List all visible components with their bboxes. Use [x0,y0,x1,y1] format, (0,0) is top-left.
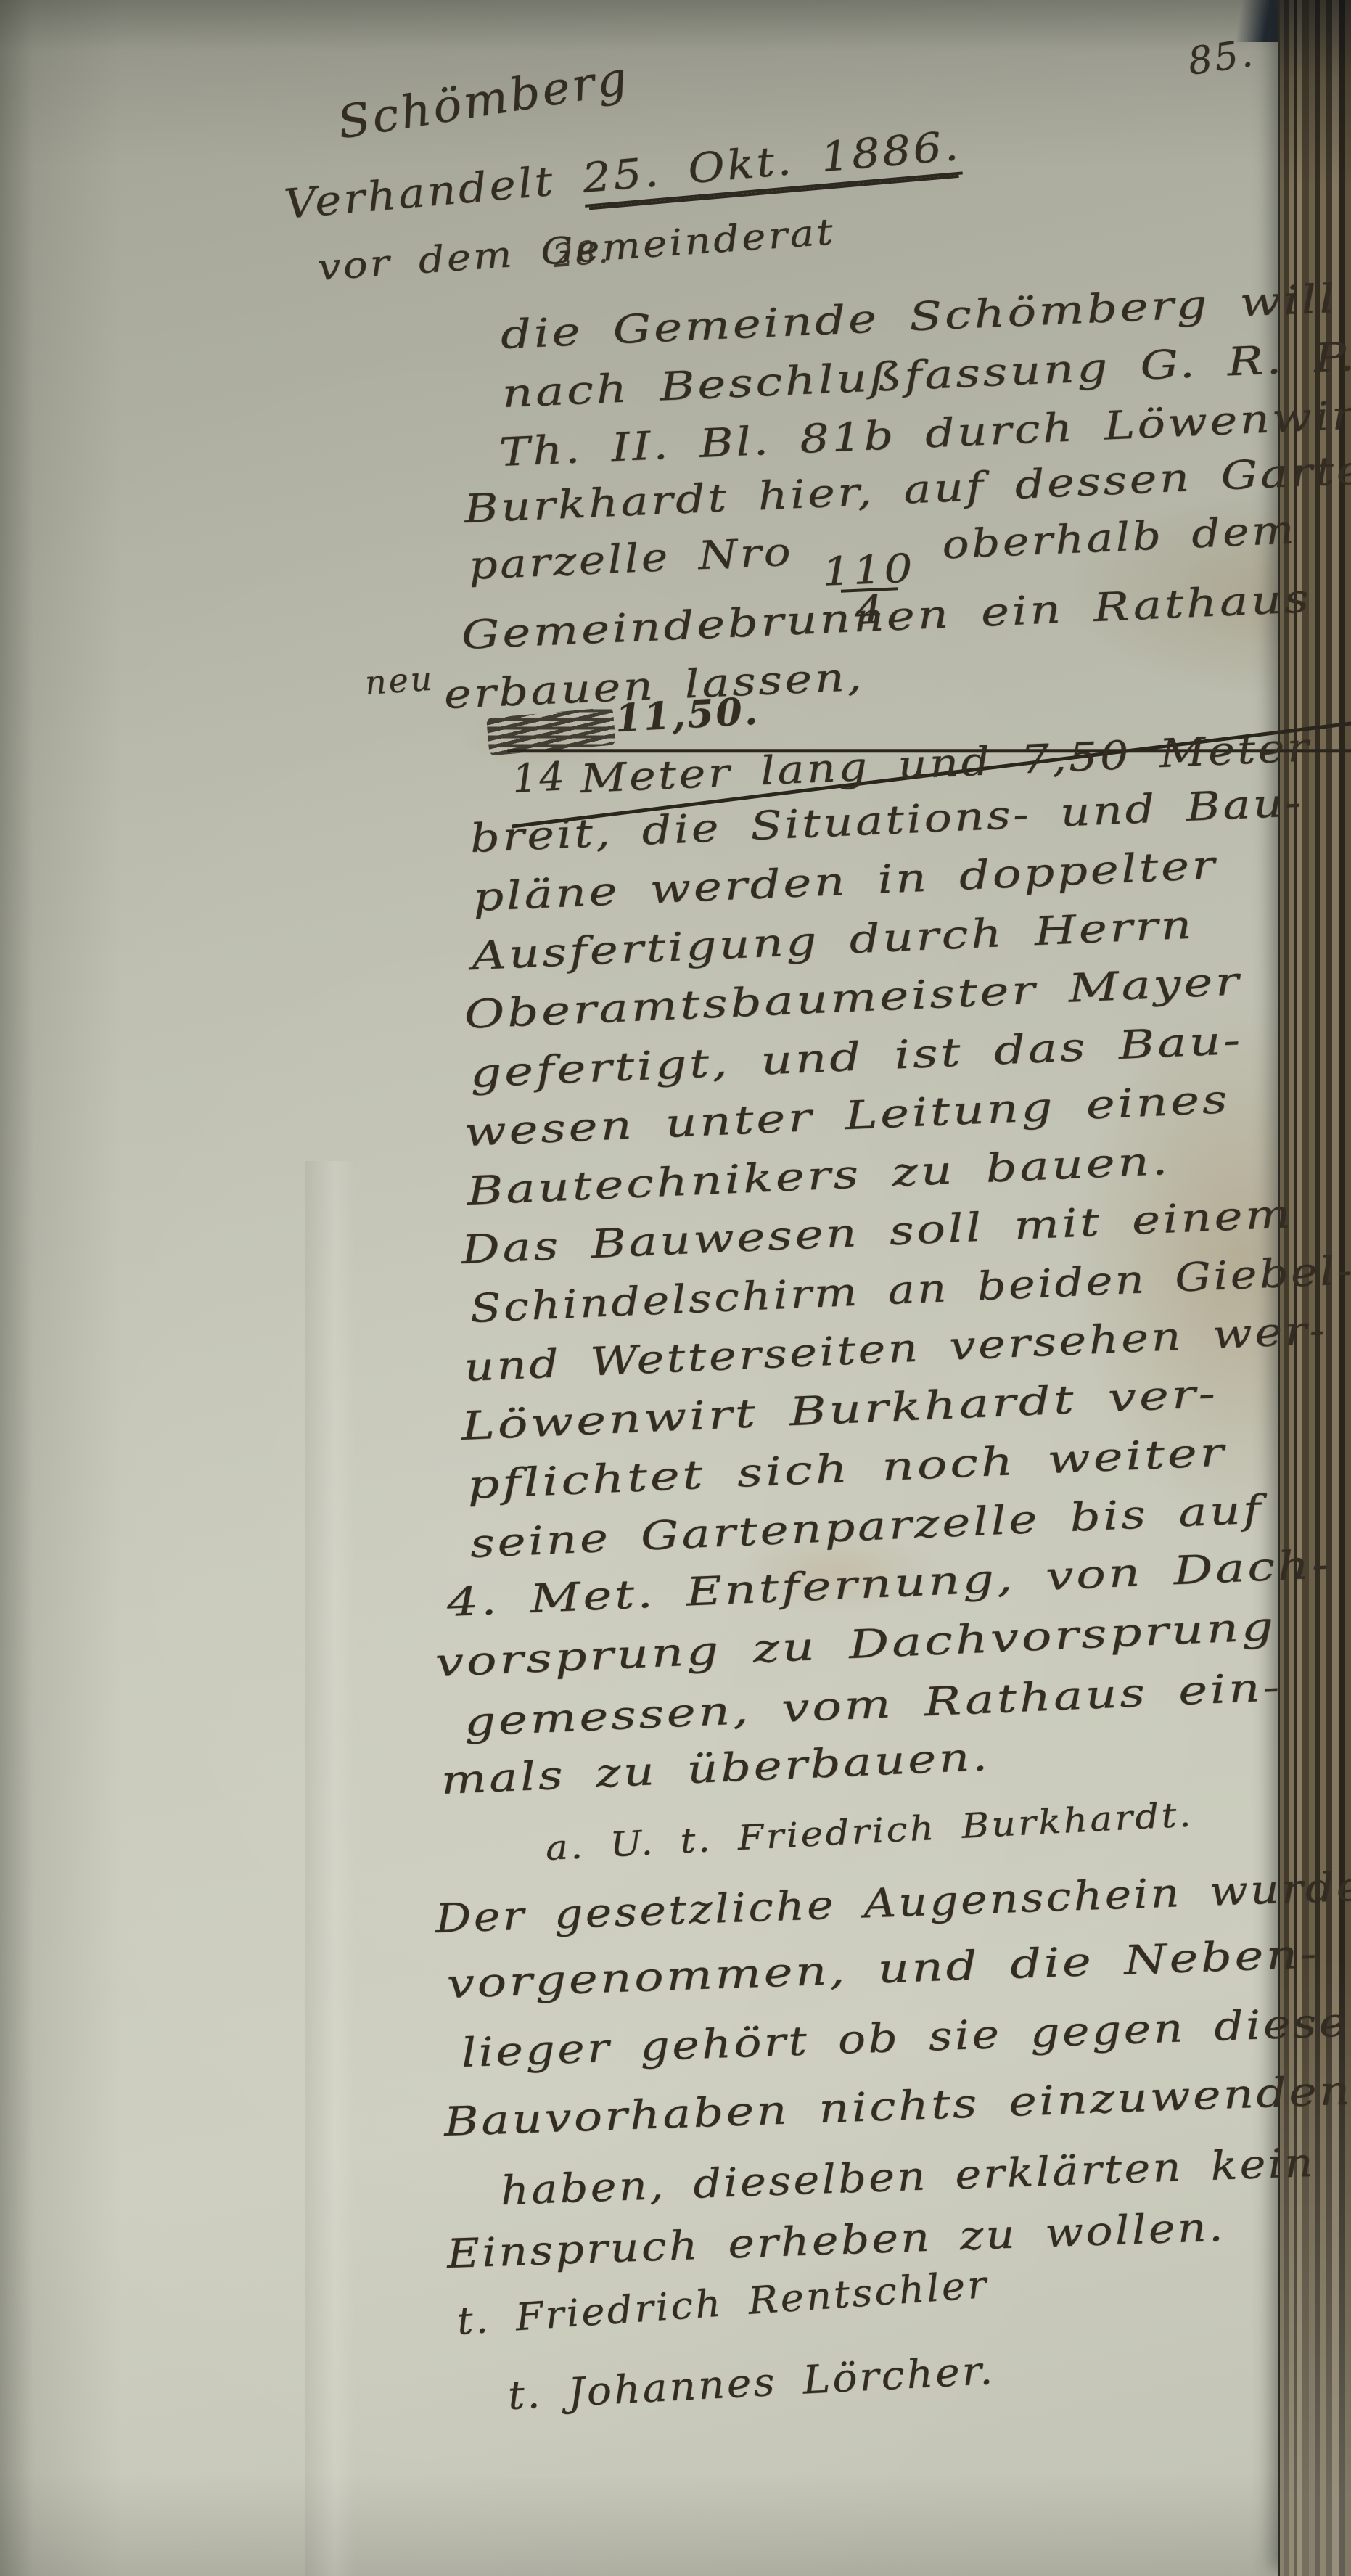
handwritten-line: haben, dieselben erklärten kein [500,2141,1316,2213]
handwritten-line: Der gesetzliche Augenschein wurde [435,1864,1351,1940]
handwritten-line: Bauvorhaben nichts einzuwenden [443,2068,1351,2144]
handwritten-line: lieger gehört ob sie gegen dieser [461,1999,1351,2075]
manuscript-photo: 85. Schömberg Verhandelt 25. Okt. 1886. … [0,0,1351,2576]
handwritten-line: Einspruch erheben zu wollen. [446,2205,1226,2276]
parcel-numerator: 110 [821,549,916,591]
heading-date-value: 25. Okt. 1886. [580,123,963,208]
handwritten-line: mals zu überbauen. [440,1735,991,1802]
parcel-suffix: oberhalb dem [941,506,1297,567]
signature-line: t. Johannes Lörcher. [506,2349,995,2417]
margin-note: neu [364,660,435,701]
page-crease [305,1161,356,2576]
heading-place: Schömberg [334,53,633,148]
heading-date-prefix: Verhandelt [282,158,557,229]
handwritten-line: vorgenommen, und die Neben- [446,1932,1320,2006]
page-number: 85. [1186,33,1257,83]
parcel-prefix: parzelle Nro [468,529,794,588]
attestation-line: a. U. t. Friedrich Burkhardt. [545,1796,1194,1867]
signature-line: t. Friedrich Rentschler [456,2265,990,2343]
heading-forum: vor dem Gemeinderat [316,212,837,288]
correction-new-value: 11,50. [615,691,761,740]
